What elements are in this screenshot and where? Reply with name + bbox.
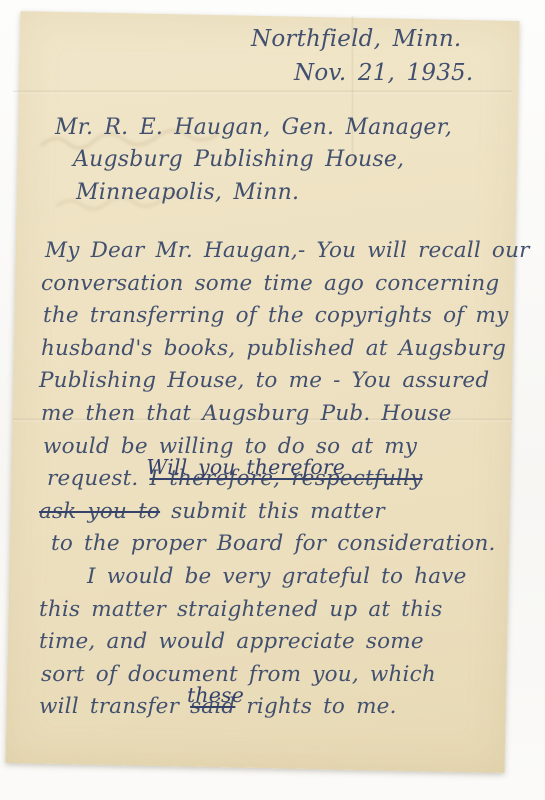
- inserted-text: these: [187, 679, 244, 712]
- body-line: husband's books, published at Augsburg: [39, 333, 501, 366]
- letter-paper: Northfield, Minn. Nov. 21, 1935. Mr. R. …: [6, 11, 520, 773]
- body-line: Publishing House, to me - You assured: [39, 365, 501, 398]
- handwritten-edit: thesesaid: [190, 691, 235, 724]
- recipient-city-line: Minneapolis, Minn.: [76, 180, 299, 205]
- body-line: the transferring of the copyrights of my: [39, 300, 501, 333]
- body-line: time, and would appreciate some: [39, 626, 501, 659]
- struck-text: ask you to: [39, 499, 160, 524]
- inserted-text: Will you therefore: [146, 451, 345, 484]
- body-line: conversation some time ago concerning: [39, 268, 501, 301]
- recipient-name-line: Mr. R. E. Haugan, Gen. Manager,: [55, 115, 452, 140]
- letter-content: Northfield, Minn. Nov. 21, 1935. Mr. R. …: [13, 16, 512, 768]
- body-text: rights to me.: [235, 694, 396, 719]
- body-line: My Dear Mr. Haugan,- You will recall our: [39, 235, 501, 268]
- handwritten-edit: Will you thereforeI therefore, respectfu…: [149, 463, 422, 496]
- body-line-with-edit: request. Will you thereforeI therefore, …: [39, 463, 501, 496]
- paper-crease: [13, 90, 512, 94]
- body-line: this matter straightened up at this: [39, 594, 501, 627]
- recipient-org-line: Augsburg Publishing House,: [73, 147, 404, 172]
- body-line: me then that Augsburg Pub. House: [39, 398, 501, 431]
- body-line: sort of document from you, which: [39, 659, 501, 692]
- letter-body: My Dear Mr. Haugan,- You will recall our…: [39, 235, 501, 724]
- body-line: I would be very grateful to have: [39, 561, 501, 594]
- dateline-date: Nov. 21, 1935.: [294, 60, 473, 86]
- body-text: will transfer: [39, 694, 190, 719]
- body-text: request.: [47, 466, 149, 491]
- dateline-place: Northfield, Minn.: [251, 26, 461, 52]
- body-line-with-edit: ask you to submit this matter: [39, 496, 501, 529]
- body-line: to the proper Board for consideration.: [39, 528, 501, 561]
- body-line-with-edit: will transfer thesesaid rights to me.: [39, 691, 501, 724]
- body-text: submit this matter: [160, 499, 385, 524]
